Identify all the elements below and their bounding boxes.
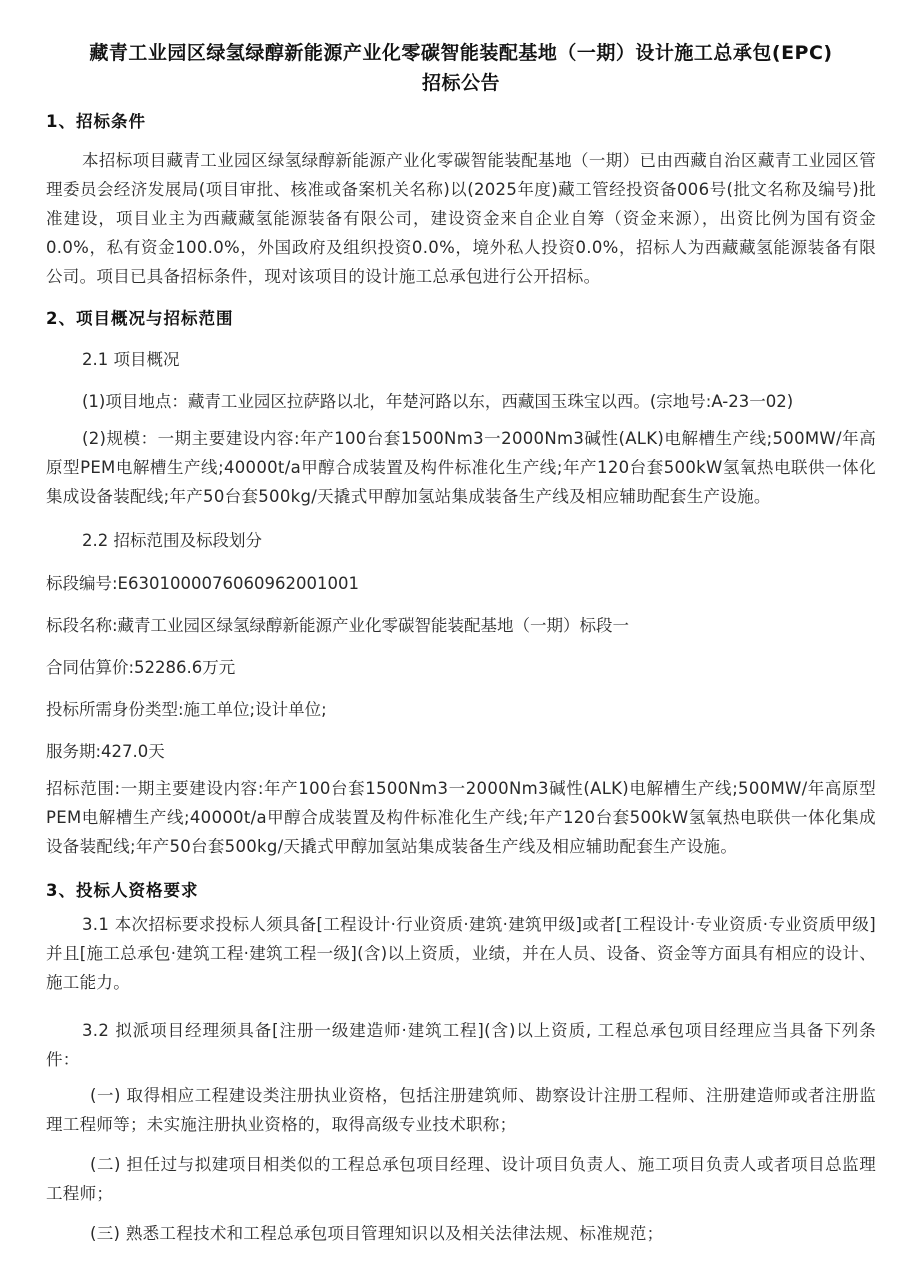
qualification-3-2-paragraph: 3.2 拟派项目经理须具备[注册一级建造师·建筑工程](含)以上资质, 工程总承…	[46, 1016, 876, 1074]
requirement-item-1: (一) 取得相应工程建设类注册执业资格，包括注册建筑师、勘察设计注册工程师、注册…	[46, 1081, 876, 1139]
section-heading-2: 2、项目概况与招标范围	[46, 305, 233, 329]
requirement-item-2: (二) 担任过与拟建项目相类似的工程总承包项目经理、设计项目负责人、施工项目负责…	[46, 1150, 876, 1208]
service-period: 服务期:427.0天	[46, 738, 165, 762]
document-title-line2: 招标公告	[0, 68, 922, 95]
section-name: 标段名称:藏青工业园区绿氢绿醇新能源产业化零碳智能装配基地（一期）标段一	[46, 612, 629, 636]
section-heading-3: 3、投标人资格要求	[46, 877, 198, 901]
identity-type: 投标所需身份类型:施工单位;设计单位;	[46, 696, 327, 720]
tender-conditions-paragraph: 本招标项目藏青工业园区绿氢绿醇新能源产业化零碳智能装配基地（一期）已由西藏自治区…	[46, 146, 876, 291]
qualification-3-1-paragraph: 3.1 本次招标要求投标人须具备[工程设计·行业资质·建筑·建筑甲级]或者[工程…	[46, 910, 876, 997]
tender-announcement-page: 藏青工业园区绿氢绿醇新能源产业化零碳智能装配基地（一期）设计施工总承包(EPC)…	[0, 0, 922, 1280]
subsection-2-2: 2.2 招标范围及标段划分	[82, 527, 262, 551]
subsection-2-1: 2.1 项目概况	[82, 346, 180, 370]
section-heading-1: 1、招标条件	[46, 108, 146, 132]
requirement-item-3: (三) 熟悉工程技术和工程总承包项目管理知识以及相关法律法规、标准规范；	[46, 1219, 876, 1248]
section-number: 标段编号:E6301000076060962001001	[46, 570, 359, 594]
project-scale-paragraph: (2)规模：一期主要建设内容:年产100台套1500Nm3一2000Nm3碱性(…	[46, 424, 876, 511]
tender-scope-paragraph: 招标范围:一期主要建设内容:年产100台套1500Nm3一2000Nm3碱性(A…	[46, 774, 876, 861]
contract-price: 合同估算价:52286.6万元	[46, 654, 235, 678]
document-title-line1: 藏青工业园区绿氢绿醇新能源产业化零碳智能装配基地（一期）设计施工总承包(EPC)	[0, 38, 922, 65]
project-location: (1)项目地点：藏青工业园区拉萨路以北，年楚河路以东，西藏国玉珠宝以西。(宗地号…	[82, 388, 793, 412]
